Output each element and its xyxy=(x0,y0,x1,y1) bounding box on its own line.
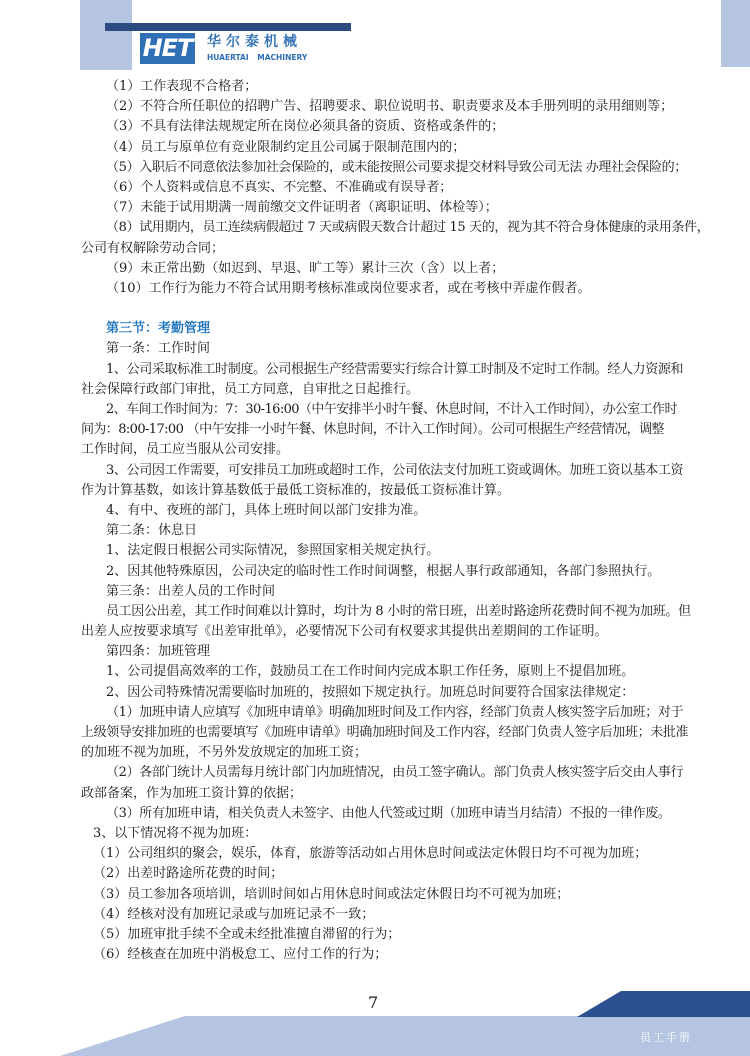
header-decor-block-right xyxy=(721,0,750,67)
paragraph-line: 2、车间工作时间为：7：30-16:00（中午安排半小时午餐、休息时间，不计入工… xyxy=(81,400,691,420)
paragraph-line: 1、公司提倡高效率的工作，鼓励员工在工作时间内完成本职工作任务，原则上不提倡加班… xyxy=(81,662,691,682)
header-bar xyxy=(105,23,351,31)
paragraph-line: 员工因公出差，其工作时间难以计算时，均计为 8 小时的常日班，出差时路途所花费时… xyxy=(81,602,691,622)
paragraph-line: 的加班不视为加班，不另外发放规定的加班工资； xyxy=(81,743,691,763)
page-number: 7 xyxy=(368,993,378,1013)
paragraph-line: 社会保障行政部门审批，员工方同意，自审批之日起推行。 xyxy=(81,380,691,400)
list-item: （6）经核查在加班中消极怠工、应付工作的行为； xyxy=(81,945,691,965)
list-item: （5）加班审批手续不全或未经批准擅自滞留的行为； xyxy=(81,925,691,945)
list-item: （1）工作表现不合格者； xyxy=(81,77,691,97)
list-item: （7）未能于试用期满一周前缴交文件证明者（离职证明、体检等）； xyxy=(81,198,691,218)
company-logo-icon: HET xyxy=(140,33,195,64)
paragraph-line: 出差人应按要求填写《出差审批单》，必要情况下公司有权要求其提供出差期间的工作证明… xyxy=(81,622,691,642)
paragraph-line: 工作时间，员工应当服从公司安排。 xyxy=(81,440,691,460)
article-title: 第二条：休息日 xyxy=(81,521,691,541)
list-item: （9）未正常出勤（如迟到、早退、旷工等）累计三次（含）以上者； xyxy=(81,259,691,279)
company-name-cn: 华尔泰机械 xyxy=(207,34,302,50)
paragraph-line: 2、因其他特殊原因，公司决定的临时性工作时间调整，根据人事行政部通知，各部门参照… xyxy=(81,562,691,582)
list-item-continuation: 公司有权解除劳动合同； xyxy=(81,239,691,259)
header-decor-block-left xyxy=(80,0,132,70)
list-item: （5）入职后不同意依法参加社会保险的，或未能按照公司要求提交材料导致公司无法 办… xyxy=(81,158,691,178)
paragraph-line: 上级领导安排加班的也需要填写《加班申请单》明确加班时间及工作内容，经部门负责人签… xyxy=(81,723,691,743)
article-title: 第四条：加班管理 xyxy=(81,642,691,662)
paragraph-line: 3、公司因工作需要，可安排员工加班或超时工作，公司依法支付加班工资或调休。加班工… xyxy=(81,461,691,481)
list-item: （6）个人资料或信息不真实、不完整、不准确或有误导者； xyxy=(81,178,691,198)
document-body: （1）工作表现不合格者； （2）不符合所任职位的招聘广告、招聘要求、职位说明书、… xyxy=(81,77,691,965)
article-title: 第三条：出差人员的工作时间 xyxy=(81,582,691,602)
article-title: 第一条：工作时间 xyxy=(81,339,691,359)
paragraph-line: 2、因公司特殊情况需要临时加班的，按照如下规定执行。加班总时间要符合国家法律规定… xyxy=(81,683,691,703)
spacer xyxy=(81,299,691,319)
paragraph-line: 1、法定假日根据公司实际情况，参照国家相关规定执行。 xyxy=(81,541,691,561)
list-item: （4）经核对没有加班记录或与加班记录不一致； xyxy=(81,905,691,925)
list-item: （4）员工与原单位有竞业限制约定且公司属于限制范围内的； xyxy=(81,138,691,158)
list-item: （2）不符合所任职位的招聘广告、招聘要求、职位说明书、职责要求及本手册列明的录用… xyxy=(81,97,691,117)
list-item: （2）出差时路途所花费的时间； xyxy=(81,864,691,884)
paragraph-line: 间为：8:00-17:00 （中午安排一小时午餐、休息时间，不计入工作时间）。公… xyxy=(81,420,691,440)
footer-label: 员工手册 xyxy=(640,1029,692,1045)
company-name-en: HUAERTAI MACHINERY xyxy=(207,53,307,62)
paragraph-line: 4、有中、夜班的部门，具体上班时间以部门安排为准。 xyxy=(81,501,691,521)
paragraph-line: （3）所有加班申请，相关负责人未签字、由他人代签或过期（加班申请当月结清）不报的… xyxy=(81,804,691,824)
list-item: （1）公司组织的聚会，娱乐，体育，旅游等活动如占用休息时间或法定休假日均不可视为… xyxy=(81,844,691,864)
paragraph-line: 1、公司采取标准工时制度。公司根据生产经营需要实行综合计算工时制及不定时工作制。… xyxy=(81,360,691,380)
list-item: （8）试用期内，员工连续病假超过 7 天或病假天数合计超过 15 天的，视为其不… xyxy=(81,218,691,238)
paragraph-line: （1）加班申请人应填写《加班申请单》明确加班时间及工作内容，经部门负责人核实签字… xyxy=(81,703,691,723)
paragraph-line: 政部备案，作为加班工资计算的依据； xyxy=(81,784,691,804)
list-item: （3）不具有法律法规规定所在岗位必须具备的资质、资格或条件的； xyxy=(81,117,691,137)
list-item: （3）员工参加各项培训，培训时间如占用休息时间或法定休假日均不可视为加班； xyxy=(81,885,691,905)
paragraph-line: 3、以下情况将不视为加班： xyxy=(81,824,691,844)
section-heading: 第三节：考勤管理 xyxy=(81,319,691,339)
list-item: （10）工作行为能力不符合试用期考核标准或岗位要求者，或在考核中弄虚作假者。 xyxy=(81,279,691,299)
paragraph-line: 作为计算基数，如该计算基数低于最低工资标准的，按最低工资标准计算。 xyxy=(81,481,691,501)
paragraph-line: （2）各部门统计人员需每月统计部门内加班情况，由员工签字确认。部门负责人核实签字… xyxy=(81,763,691,783)
